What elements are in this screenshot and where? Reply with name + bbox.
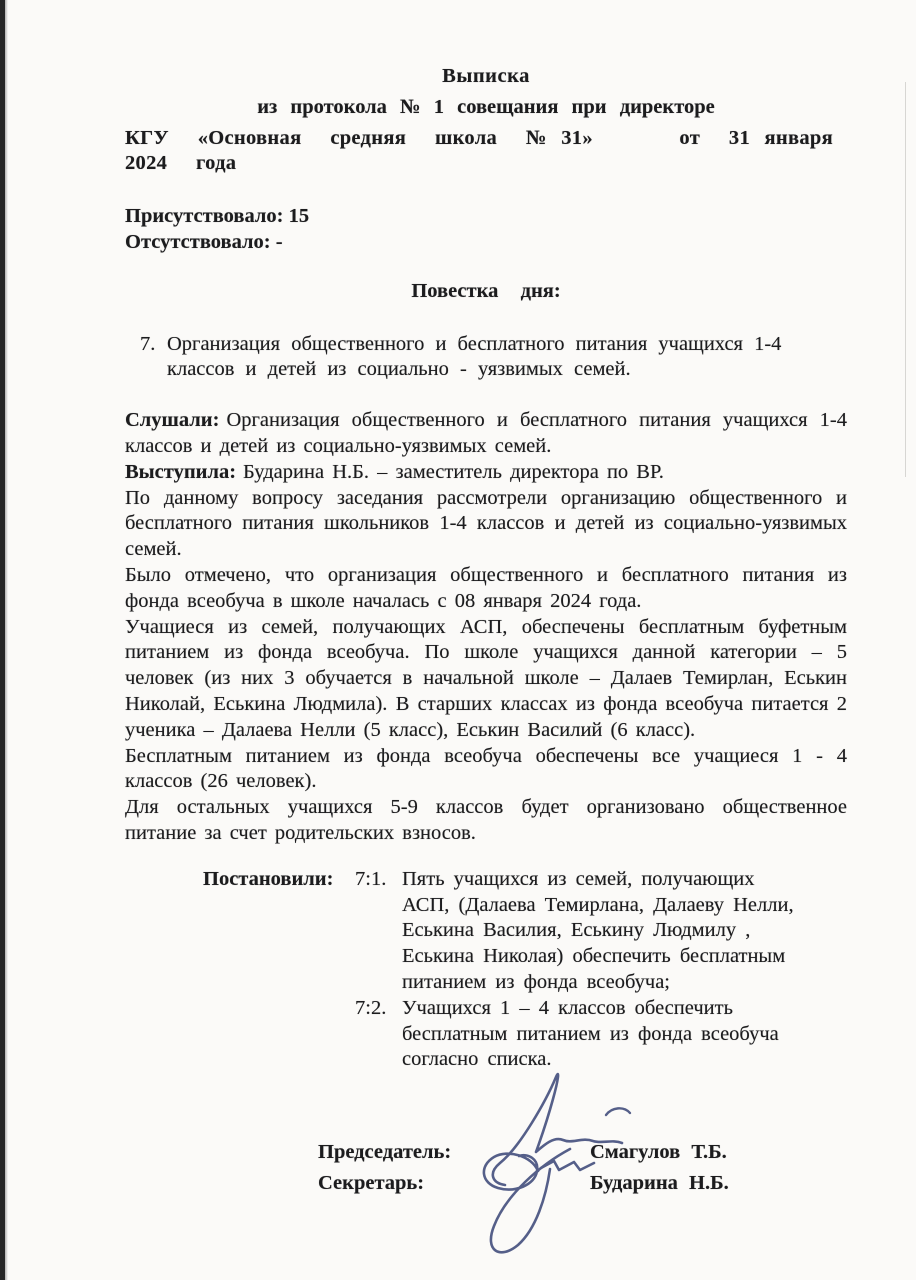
resolution-items: 7:1. Пять учащихся из семей, получающих … — [355, 867, 806, 1073]
signature-role: Секретарь: — [318, 1168, 590, 1199]
signature-name: Смагулов Т.Б. — [590, 1137, 727, 1168]
paragraph-text: Бударина Н.Б. – заместитель директора по… — [243, 461, 664, 483]
agenda-heading: Повестка дня: — [125, 279, 847, 305]
paragraph-text: По данному вопросу заседания рассмотрели… — [125, 487, 847, 561]
scan-edge-left-shadow — [5, 0, 8, 1280]
document-org-date-line: КГУ «Основная средняя школа № 31» от 31 … — [125, 126, 847, 178]
resolution-label: Постановили: — [203, 867, 355, 1073]
paragraph-text: Бесплатным питанием из фонда всеобуча об… — [125, 745, 847, 793]
agenda-item-number: 7. — [140, 332, 167, 384]
paragraph: По данному вопросу заседания рассмотрели… — [125, 486, 847, 563]
agenda-item: 7. Организация общественного и бесплатно… — [140, 332, 847, 384]
scan-edge-right — [905, 82, 906, 477]
resolution-block: Постановили: 7:1. Пять учащихся из семей… — [203, 867, 847, 1073]
resolution-item-number: 7:2. — [355, 996, 402, 1073]
signature-block: Председатель: Смагулов Т.Б. Секретарь: Б… — [318, 1137, 847, 1199]
attendance-block: Присутствовало: 15 Отсутствовало: - — [125, 204, 847, 256]
paragraph-text: Было отмечено, что организация обществен… — [125, 564, 847, 612]
signature-name: Бударина Н.Б. — [590, 1168, 729, 1199]
resolution-item: 7:1. Пять учащихся из семей, получающих … — [355, 867, 806, 996]
paragraph-speaker: Выступила:Бударина Н.Б. – заместитель ди… — [125, 460, 847, 486]
document-subtitle: из протокола № 1 совещания при директоре — [125, 95, 847, 121]
signature-row: Секретарь: Бударина Н.Б. — [318, 1168, 847, 1199]
resolution-item-text: Учащихся 1 – 4 классов обеспечить беспла… — [402, 996, 806, 1073]
paragraph: Бесплатным питанием из фонда всеобуча об… — [125, 744, 847, 796]
paragraph: Учащиеся из семей, получающих АСП, обесп… — [125, 615, 847, 744]
agenda-item-text: Организация общественного и бесплатного … — [167, 332, 827, 384]
document-title: Выписка — [125, 64, 847, 90]
signature-role: Председатель: — [318, 1137, 590, 1168]
paragraph-label: Выступила: — [125, 461, 236, 483]
resolution-item-text: Пять учащихся из семей, получающих АСП, … — [402, 867, 806, 996]
paragraph-label: Слушали: — [125, 409, 219, 431]
signature-row: Председатель: Смагулов Т.Б. — [318, 1137, 847, 1168]
paragraph: Было отмечено, что организация обществен… — [125, 563, 847, 615]
paragraph-heard: Слушали:Организация общественного и бесп… — [125, 408, 847, 460]
paragraph-text: Учащиеся из семей, получающих АСП, обесп… — [125, 616, 847, 741]
minutes-body: Слушали:Организация общественного и бесп… — [125, 408, 847, 847]
paragraph: Для остальных учащихся 5-9 классов будет… — [125, 795, 847, 847]
paragraph-text: Для остальных учащихся 5-9 классов будет… — [125, 796, 847, 844]
resolution-item: 7:2. Учащихся 1 – 4 классов обеспечить б… — [355, 996, 806, 1073]
attendance-present: Присутствовало: 15 — [125, 204, 847, 230]
paragraph-text: Организация общественного и бесплатного … — [125, 409, 847, 457]
document-content: Выписка из протокола № 1 совещания при д… — [125, 64, 847, 1199]
resolution-item-number: 7:1. — [355, 867, 402, 996]
scanned-document-page: Выписка из протокола № 1 совещания при д… — [0, 0, 916, 1280]
attendance-absent: Отсутствовало: - — [125, 230, 847, 256]
